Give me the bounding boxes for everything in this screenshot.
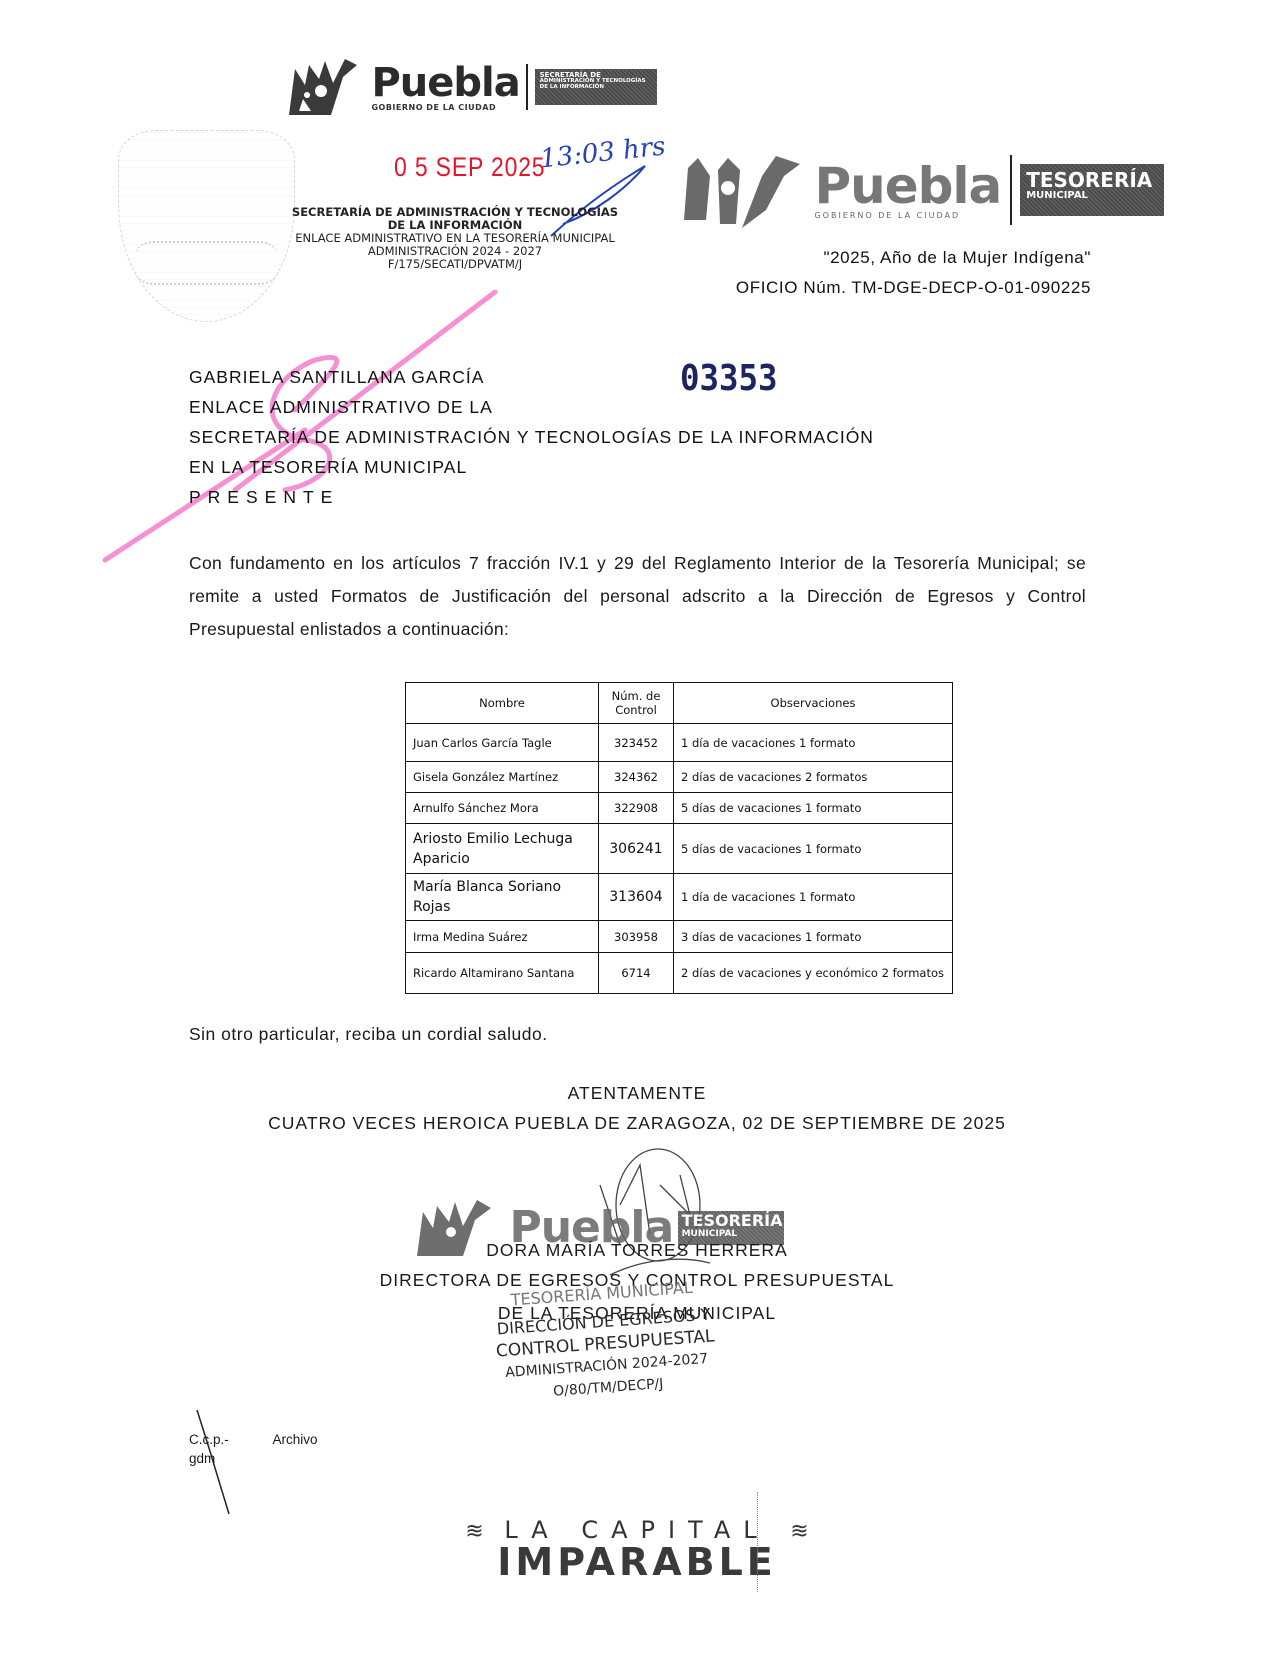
atentamente-label: ATENTAMENTE: [0, 1083, 1274, 1104]
puebla-wordmark: Puebla: [371, 63, 519, 103]
table-header-row: Nombre Núm. de Control Observaciones: [406, 683, 953, 724]
oficio-number: OFICIO Núm. TM-DGE-DECP-O-01-090225: [736, 278, 1091, 298]
justification-table: Nombre Núm. de Control Observaciones Jua…: [405, 682, 953, 994]
table-row: María Blanca Soriano Rojas 313604 1 día …: [406, 874, 953, 921]
puebla-emblem-icon: [285, 55, 365, 119]
col-header-observaciones: Observaciones: [674, 683, 953, 724]
secati-badge: SECRETARÍA DE ADMINISTRACIÓN Y TECNOLOGÍ…: [535, 69, 657, 105]
closing-salutation: Sin otro particular, reciba un cordial s…: [189, 1024, 548, 1045]
footer-divider: [757, 1492, 758, 1592]
presente-label: PRESENTE: [189, 482, 874, 512]
tesoreria-badge: TESORERÍA MUNICIPAL: [1020, 164, 1164, 216]
folio-stamp: 03353: [680, 358, 778, 399]
table-row: Ariosto Emilio Lechuga Aparicio 306241 5…: [406, 824, 953, 874]
year-motto: "2025, Año de la Mujer Indígena": [823, 248, 1091, 268]
puebla-wordmark: Puebla: [814, 161, 1001, 211]
wing-right-icon: ≋: [790, 1519, 808, 1544]
puebla-tesoreria-logo: Puebla GOBIERNO DE LA CIUDAD TESORERÍA M…: [680, 150, 1164, 230]
received-date-stamp: 0 5 SEP 2025: [394, 152, 545, 183]
direccion-seal-stamp: TESORERÍA MUNICIPAL DIRECCIÓN DE EGRESOS…: [451, 1273, 758, 1410]
table-row: Arnulfo Sánchez Mora 322908 5 días de va…: [406, 793, 953, 824]
table-row: Ricardo Altamirano Santana 6714 2 días d…: [406, 953, 953, 994]
col-header-control: Núm. de Control: [599, 683, 674, 724]
footer-slogan: ≋ LA CAPITAL ≋ IMPARABLE: [0, 1516, 1274, 1584]
recipient-title-3: EN LA TESORERÍA MUNICIPAL: [189, 452, 874, 482]
slogan-line-2: IMPARABLE: [0, 1540, 1274, 1584]
ccp-block: C.c.p.- Archivo gdm: [189, 1432, 318, 1466]
place-and-date: CUATRO VECES HEROICA PUEBLA DE ZARAGOZA,…: [0, 1113, 1274, 1134]
secati-received-stamp: SECRETARÍA DE ADMINISTRACIÓN Y TECNOLOGÍ…: [280, 206, 630, 271]
ccp-value: Archivo: [273, 1432, 318, 1447]
recipient-title-2: SECRETARÍA DE ADMINISTRACIÓN Y TECNOLOGÍ…: [189, 422, 874, 452]
ccp-initials: gdm: [189, 1451, 318, 1466]
puebla-emblem-icon: [680, 150, 810, 230]
table-row: Gisela González Martínez 324362 2 días d…: [406, 762, 953, 793]
body-paragraph: Con fundamento en los artículos 7 fracci…: [189, 547, 1086, 646]
puebla-secati-logo: Puebla GOBIERNO DE LA CIUDAD SECRETARÍA …: [285, 55, 657, 119]
ccp-label: C.c.p.-: [189, 1432, 229, 1447]
signer-name: DORA MARÍA TORRES HERRERA: [0, 1240, 1274, 1261]
col-header-nombre: Nombre: [406, 683, 599, 724]
table-row: Irma Medina Suárez 303958 3 días de vaca…: [406, 921, 953, 953]
wing-left-icon: ≋: [465, 1519, 483, 1544]
table-row: Juan Carlos García Tagle 323452 1 día de…: [406, 724, 953, 762]
